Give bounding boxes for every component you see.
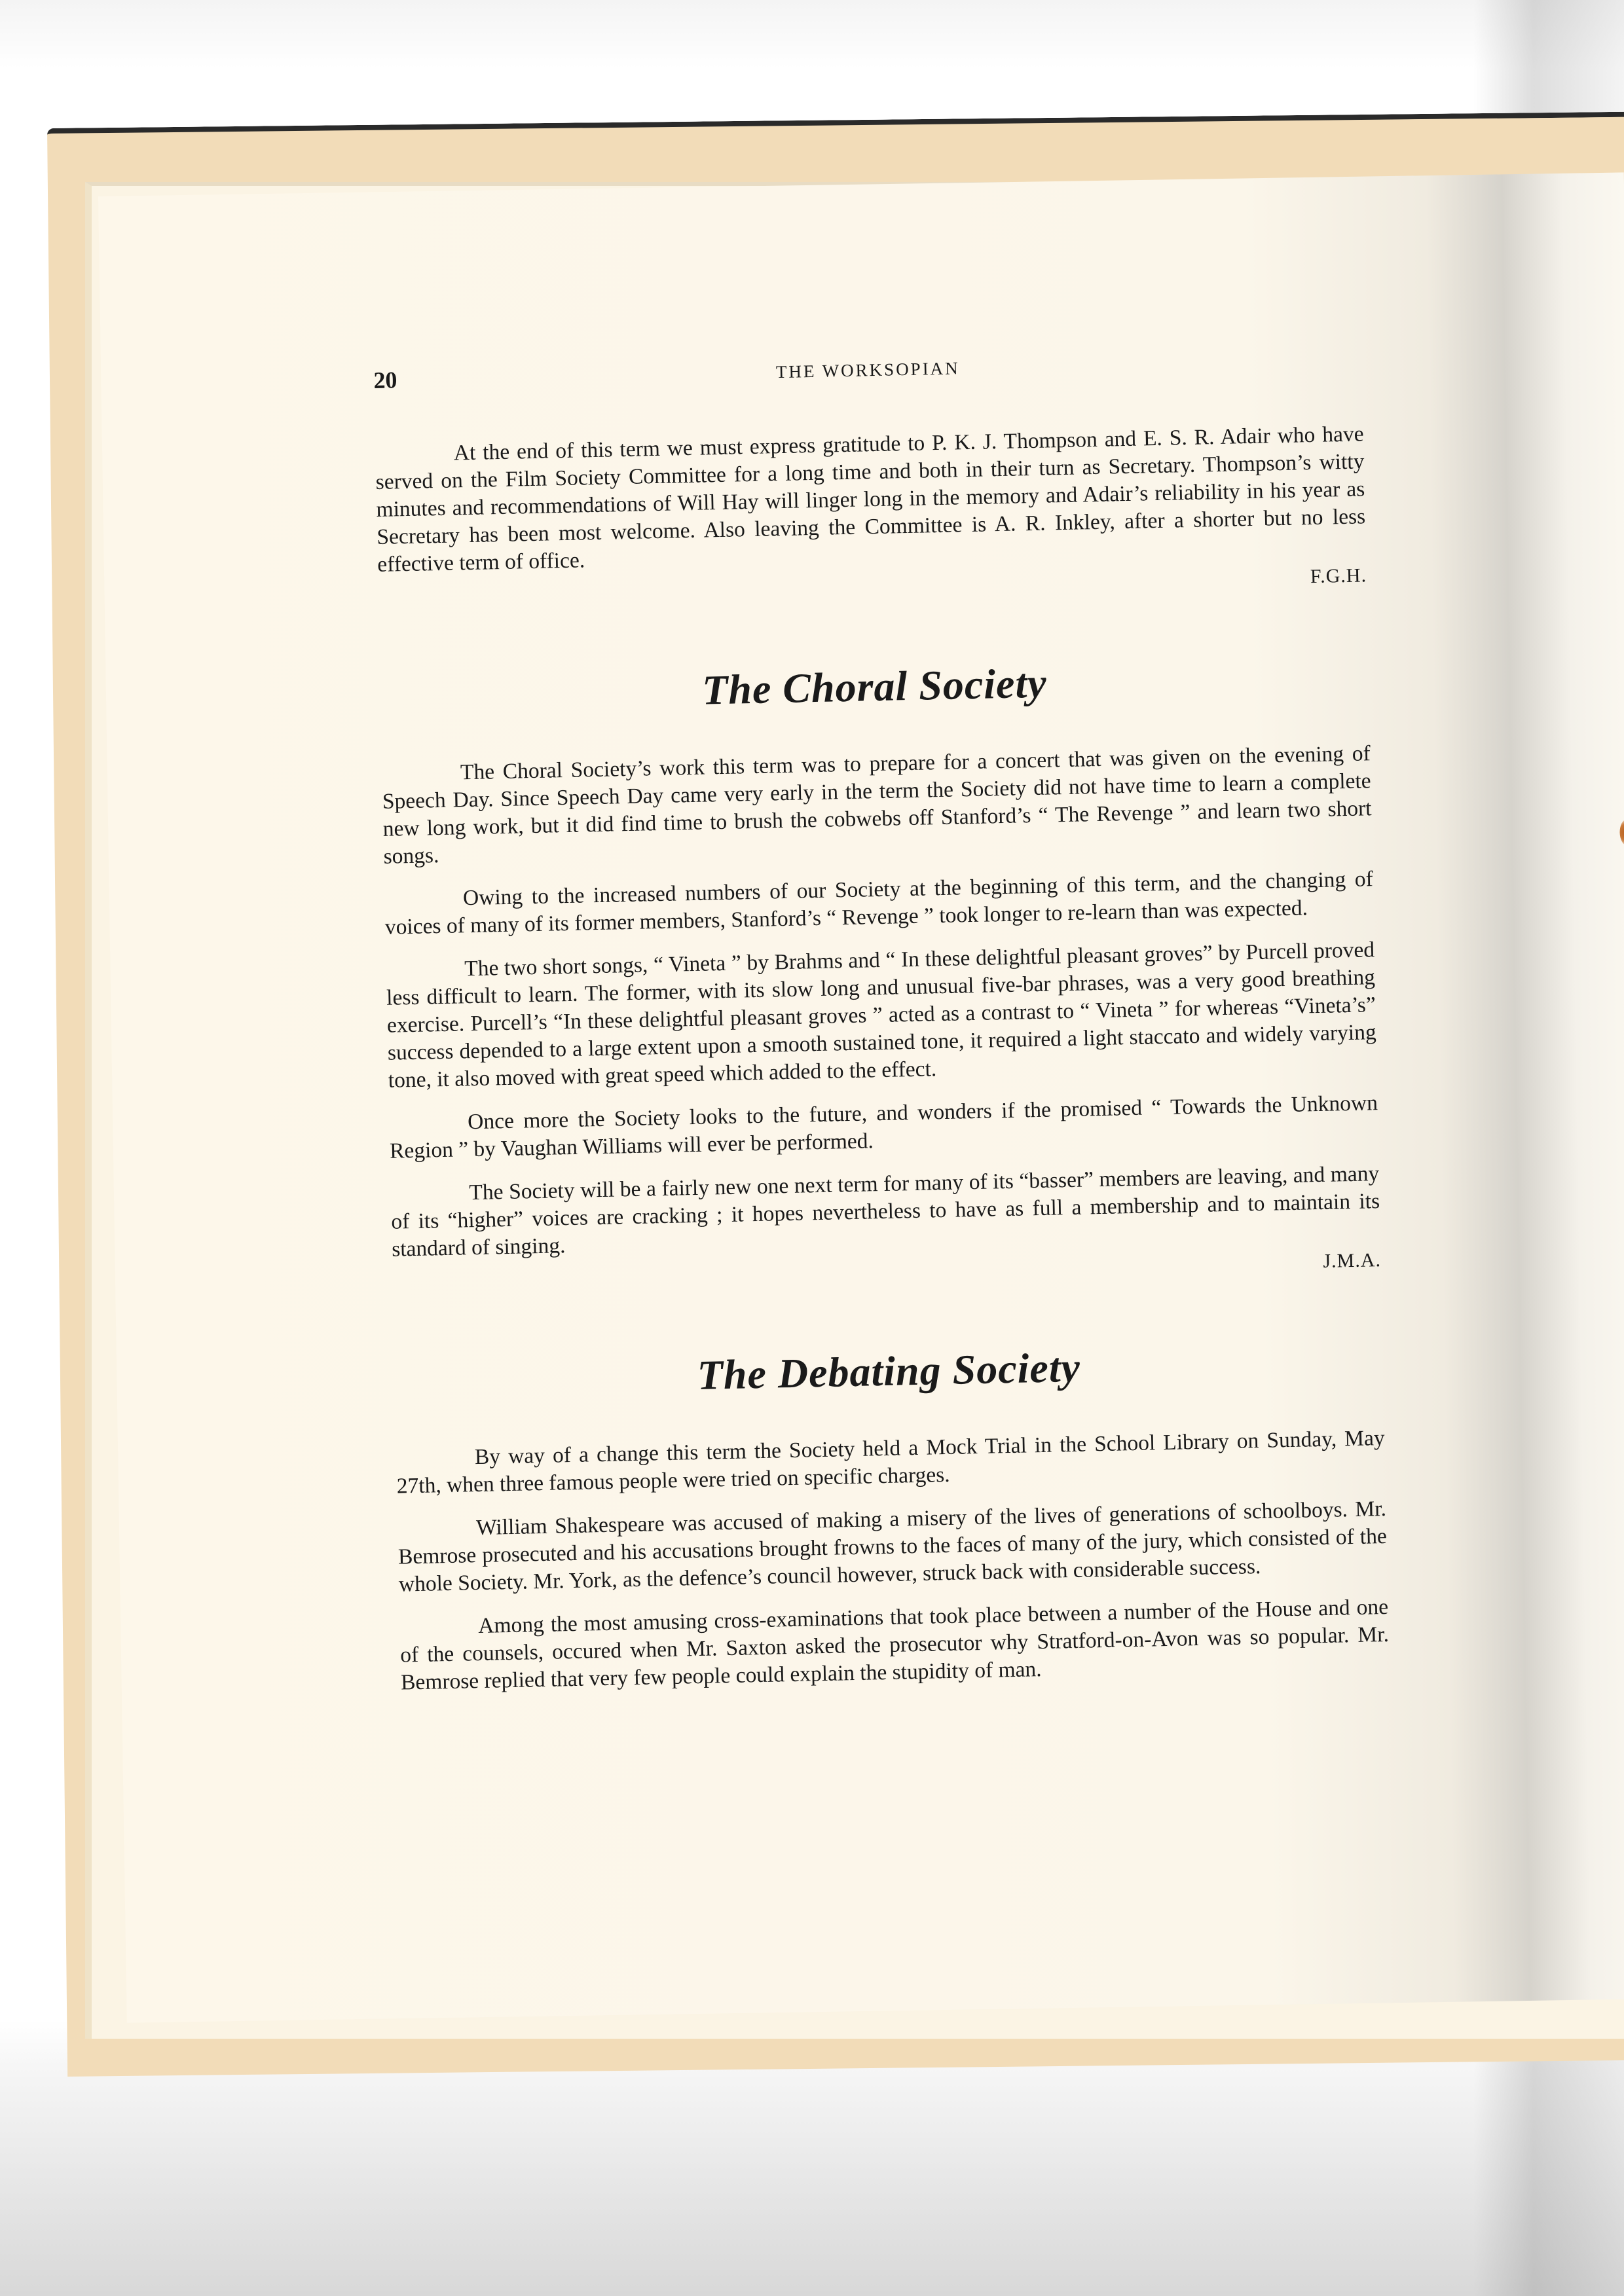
paragraph: The Choral Society’s work this term was … <box>382 740 1373 871</box>
paragraph: The Society will be a fairly new one nex… <box>390 1160 1380 1264</box>
film-society-section: At the end of this term we must express … <box>375 420 1367 608</box>
choral-society-section: The Choral Society The Choral Society’s … <box>380 652 1381 1292</box>
paragraph: At the end of this term we must express … <box>375 420 1366 579</box>
section-heading: The Debating Society <box>394 1337 1384 1406</box>
paragraph: William Shakespeare was accused of makin… <box>397 1495 1388 1599</box>
page-content: 20 THE WORKSOPIAN At the end of this ter… <box>373 346 1390 1712</box>
debating-society-section: The Debating Society By way of a change … <box>394 1337 1390 1697</box>
paragraph: Once more the Society looks to the futur… <box>389 1089 1378 1165</box>
paragraph: The two short songs, “ Vineta ” by Brahm… <box>386 936 1377 1095</box>
paragraph: By way of a change this term the Society… <box>396 1425 1386 1501</box>
rust-stain <box>1619 819 1624 845</box>
paragraph: Owing to the increased numbers of our So… <box>384 866 1374 941</box>
section-heading: The Choral Society <box>380 652 1369 721</box>
paragraph: Among the most amusing cross-examination… <box>399 1594 1390 1697</box>
